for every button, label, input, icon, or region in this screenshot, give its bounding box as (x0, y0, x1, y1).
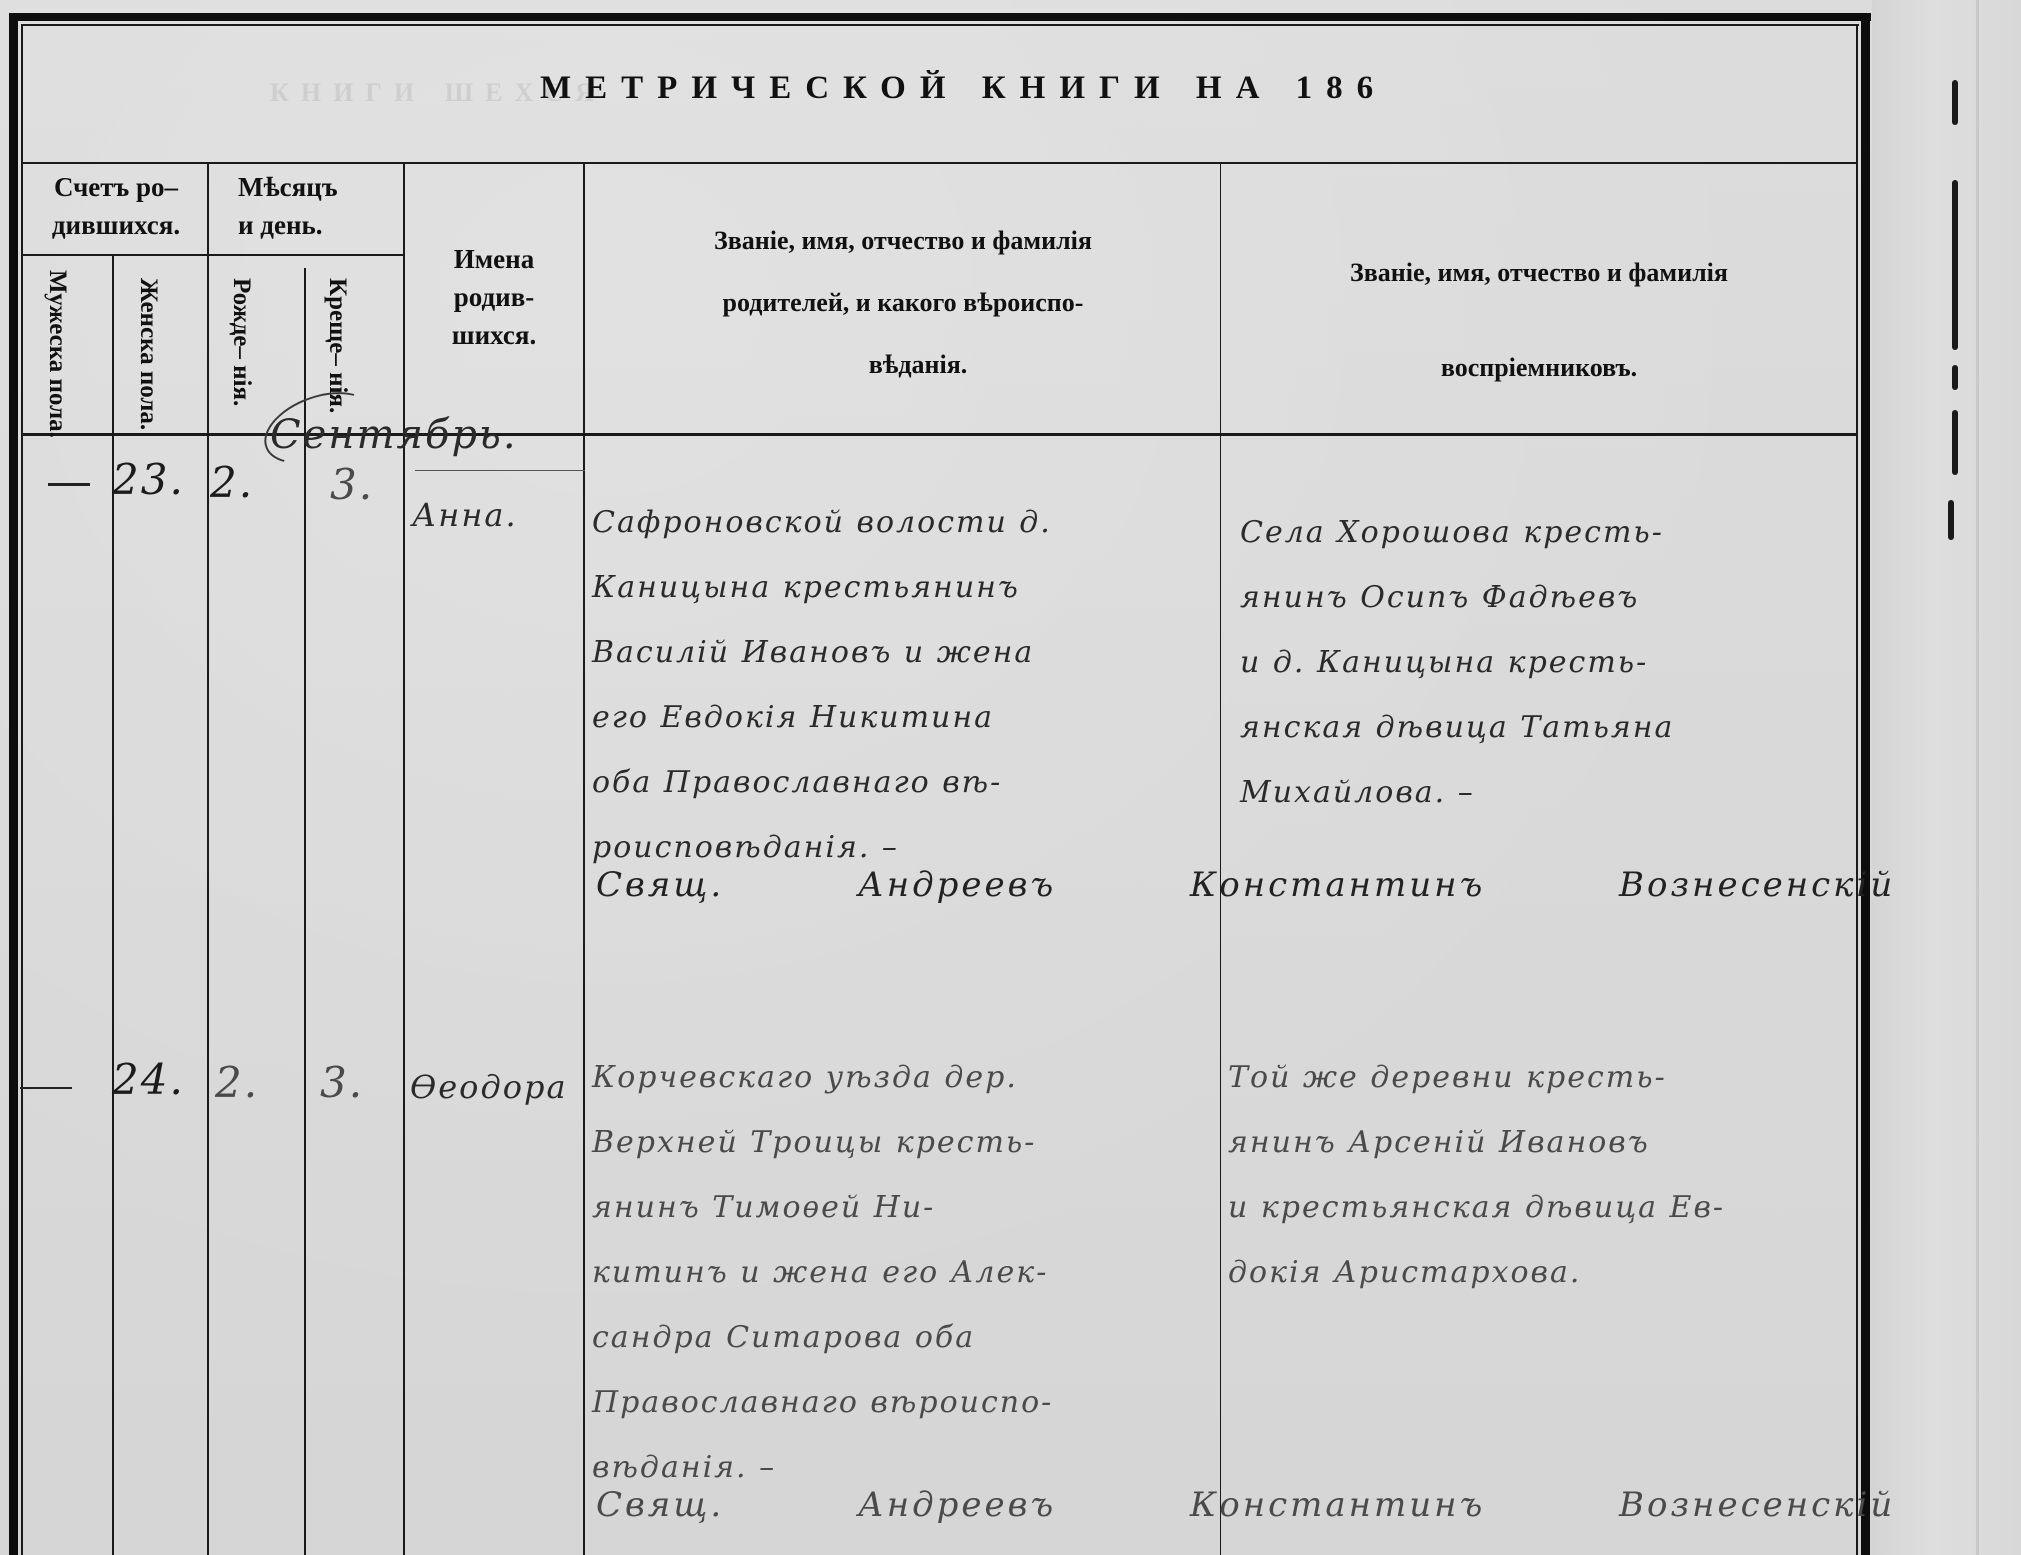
header-top-rule (21, 162, 1858, 164)
paper-tear-mark (1952, 80, 1958, 125)
header-parents-line3: вѣданія. (586, 334, 1220, 396)
record-2-godparents-line: Той же деревни кресть- (1228, 1045, 1725, 1110)
record-1-birth-day: 2. (210, 458, 254, 507)
header-subgroup-rule (21, 254, 403, 256)
column-divider (112, 256, 114, 1555)
month-underline (415, 470, 585, 471)
header-godparents-line1: Званіе, имя, отчество и фамилія (1222, 225, 1856, 320)
record-1-godparents-line: Михайлова. – (1240, 760, 1674, 825)
page-title: МЕТРИЧЕСКОЙ КНИГИ НА 186 (540, 70, 1520, 107)
header-male: Мужеска пола. (40, 270, 74, 430)
page-margin (1872, 0, 2021, 1555)
column-divider (583, 162, 585, 1555)
record-2-parents-line: Верхней Троицы кресть- (592, 1110, 1053, 1175)
record-2-parents-line: Православнаго вѣроиспо- (592, 1370, 1053, 1435)
record-2-parents: Корчевскаго уѣзда дер. Верхней Троицы кр… (592, 1045, 1053, 1500)
paper-tear-mark (1952, 180, 1958, 350)
column-divider (207, 162, 209, 1555)
header-godparents: Званіе, имя, отчество и фамилія воспріем… (1222, 225, 1856, 415)
record-2-parents-line: янинъ Тимоѳей Ни- (592, 1175, 1053, 1240)
record-1-parents-line: Каницына крестьянинъ (592, 555, 1052, 620)
record-2-baptism-day: 3. (320, 1058, 364, 1107)
record-1-godparents-line: и д. Каницына кресть- (1240, 630, 1674, 695)
frame-border-top (9, 13, 1871, 21)
record-1-parents: Сафроновской волости д. Каницына крестья… (592, 490, 1052, 880)
header-names-line2: родив- (405, 278, 583, 316)
frame-inner-top (21, 24, 1859, 26)
paper-tear-mark (1948, 500, 1954, 540)
record-2-signature: Свящ. Андреевъ Константинъ Вознесенскій (596, 1485, 1895, 1525)
fold-line (1976, 0, 1979, 1555)
record-2-parents-line: китинъ и жена его Алек- (592, 1240, 1053, 1305)
header-count-line2: дившихся. (24, 206, 208, 244)
record-1-parents-line: Сафроновской волости д. (592, 490, 1052, 555)
record-2-male-count (20, 1087, 72, 1089)
header-parents: Званіе, имя, отчество и фамилія родителе… (586, 210, 1220, 396)
column-divider (1220, 162, 1221, 1555)
record-1-godparents-line: янская дѣвица Татьяна (1240, 695, 1674, 760)
header-names-line3: шихся. (405, 316, 583, 354)
record-1-baptism-day: 3. (330, 460, 374, 509)
record-2-parents-line: сандра Ситарова оба (592, 1305, 1053, 1370)
record-1-godparents-line: Села Хорошова кресть- (1240, 500, 1674, 565)
header-names-line1: Имена (405, 240, 583, 278)
header-date-line1: Мѣсяцъ (238, 168, 388, 206)
record-2-birth-day: 2. (215, 1058, 259, 1107)
record-2-godparents-line: янинъ Арсеній Ивановъ (1228, 1110, 1725, 1175)
record-2-parents-line: Корчевскаго уѣзда дер. (592, 1045, 1053, 1110)
record-2-child-name: Ѳеодора (410, 1068, 568, 1106)
record-1-godparents: Села Хорошова кресть- янинъ Осипъ Фадѣев… (1240, 500, 1674, 825)
header-godparents-line2: воспріемниковъ. (1222, 320, 1856, 415)
header-parents-line1: Званіе, имя, отчество и фамилія (586, 210, 1220, 272)
paper-tear-mark (1952, 365, 1958, 390)
header-birth: Рожде– нія. (224, 278, 258, 428)
header-count-line1: Счетъ ро– (24, 168, 208, 206)
record-1-parents-line: оба Православнаго вѣ- (592, 750, 1052, 815)
column-divider (403, 162, 405, 1555)
record-2-female-count: 24. (112, 1055, 185, 1104)
record-1-parents-line: его Евдокія Никитина (592, 685, 1052, 750)
record-1-godparents-line: янинъ Осипъ Фадѣевъ (1240, 565, 1674, 630)
header-count-group: Счетъ ро– дившихся. (24, 168, 208, 244)
record-2-godparents-line: и крестьянская дѣвица Ев- (1228, 1175, 1725, 1240)
record-1-signature: Свящ. Андреевъ Константинъ Вознесенскій (596, 865, 1895, 905)
record-1-parents-line: Василій Ивановъ и жена (592, 620, 1052, 685)
record-1-female-count: 23. (112, 455, 185, 504)
record-2-godparents-line: докія Аристархова. (1228, 1240, 1725, 1305)
record-1-child-name: Анна. (412, 496, 518, 534)
header-date-line2: и день. (238, 206, 388, 244)
frame-border-left (9, 14, 18, 1555)
header-date-group: Мѣсяцъ и день. (212, 168, 388, 244)
register-page: КНИГИ ШЕХСЯ МЕТРИЧЕСКОЙ КНИГИ НА 186 Сче… (0, 0, 2021, 1555)
month-label: Сентябрь. (270, 412, 518, 458)
paper-tear-mark (1952, 410, 1958, 475)
record-1-male-count (48, 483, 90, 486)
frame-inner-right (1856, 24, 1858, 1555)
header-names: Имена родив- шихся. (405, 240, 583, 354)
header-female: Женска пола. (131, 278, 165, 428)
frame-border-right (1861, 13, 1870, 1555)
record-2-godparents: Той же деревни кресть- янинъ Арсеній Ива… (1228, 1045, 1725, 1305)
header-parents-line2: родителей, и какого вѣроиспо- (586, 272, 1220, 334)
